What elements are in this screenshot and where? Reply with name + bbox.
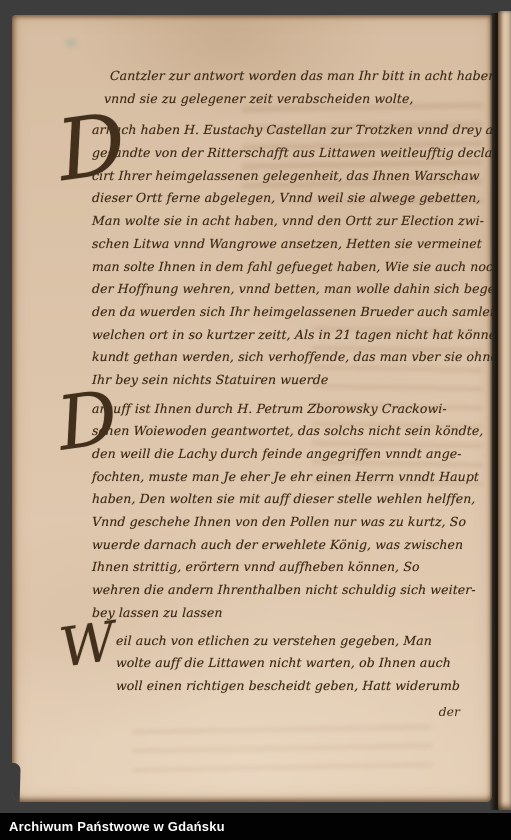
- manuscript-paragraph: Darnach haben H. Eustachy Castellan zur …: [92, 119, 476, 391]
- manuscript-line: wuerde darnach auch der erwehlete König,…: [92, 534, 477, 557]
- manuscript-line: der Hoffnung wehren, vnnd betten, man wo…: [92, 278, 477, 301]
- manuscript-line: Vnnd geschehe Ihnen von den Pollen nur w…: [92, 511, 477, 534]
- manuscript-paragraph: Darauff ist Ihnen durch H. Petrum Zborow…: [92, 398, 476, 625]
- manuscript-line: gesandte von der Ritterschafft aus Litta…: [92, 142, 477, 165]
- manuscript-line: woll einen richtigen bescheidt geben, Ha…: [116, 675, 477, 698]
- manuscript-line: bey lassen zu lassen: [92, 602, 477, 625]
- adjacent-page-edge: [498, 11, 511, 810]
- manuscript-line: wolte auff die Littawen nicht warten, ob…: [116, 652, 477, 675]
- scan-viewport: Cantzler zur antwort worden das man Ihr …: [0, 0, 511, 840]
- manuscript-line: kundt gethan werden, sich verhoffende, d…: [92, 346, 477, 369]
- manuscript-line: man solte Ihnen in dem fahl gefueget hab…: [92, 256, 477, 279]
- manuscript-paragraph: Cantzler zur antwort worden das man Ihr …: [104, 65, 476, 110]
- manuscript-line: Ihnen strittig, erörtern vnnd auffheben …: [92, 556, 477, 579]
- manuscript-line: schen Litwa vnnd Wangrowe ansetzen, Hett…: [92, 233, 477, 256]
- paper-edge-notch: [12, 763, 21, 802]
- manuscript-line: den da wuerden sich Ihr heimgelassenen B…: [92, 301, 477, 324]
- manuscript-line: cirt Ihrer heimgelassenen gelegenheit, d…: [92, 165, 477, 188]
- archive-caption-bar: Archiwum Państwowe w Gdańsku: [0, 813, 511, 840]
- manuscript-line: arauff ist Ihnen durch H. Petrum Zborows…: [92, 398, 477, 421]
- manuscript-line: den weill die Lachy durch feinde angegri…: [92, 443, 477, 466]
- manuscript-paragraph: Weil auch von etlichen zu verstehen gege…: [116, 630, 476, 698]
- manuscript-line: schen Woiewoden geantwortet, das solchs …: [92, 420, 477, 443]
- stamp-smudge: [60, 35, 82, 51]
- manuscript-line: dieser Ortt ferne abgelegen, Vnnd weil s…: [92, 187, 477, 210]
- manuscript-line: haben, Den wolten sie mit auff dieser st…: [92, 488, 477, 511]
- manuscript-line: welchen ort in so kurtzer zeitt, Als in …: [92, 324, 477, 347]
- manuscript-page: Cantzler zur antwort worden das man Ihr …: [12, 15, 492, 802]
- manuscript-line: Man wolte sie in acht haben, vnnd den Or…: [92, 210, 477, 233]
- manuscript-line: fochten, muste man Je eher Je ehr einen …: [92, 466, 477, 489]
- illuminated-initial: D: [52, 101, 130, 194]
- manuscript-line: wehren die andern Ihrenthalben nicht sch…: [92, 579, 477, 602]
- manuscript-line: Ihr bey sein nichts Statuiren wuerde: [92, 369, 477, 392]
- manuscript-line: Cantzler zur antwort worden das man Ihr …: [104, 65, 477, 88]
- manuscript-text: Cantzler zur antwort worden das man Ihr …: [84, 65, 476, 723]
- illuminated-initial: D: [53, 380, 122, 462]
- illuminated-initial: W: [57, 614, 119, 675]
- manuscript-line: eil auch von etlichen zu verstehen gegeb…: [116, 630, 477, 653]
- ink-bleedthrough: [132, 715, 432, 775]
- manuscript-line: arnach haben H. Eustachy Castellan zur T…: [92, 119, 477, 142]
- archive-caption: Archiwum Państwowe w Gdańsku: [9, 813, 225, 840]
- manuscript-line: vnnd sie zu gelegener zeit verabscheiden…: [104, 88, 477, 111]
- catchword: der: [84, 701, 476, 723]
